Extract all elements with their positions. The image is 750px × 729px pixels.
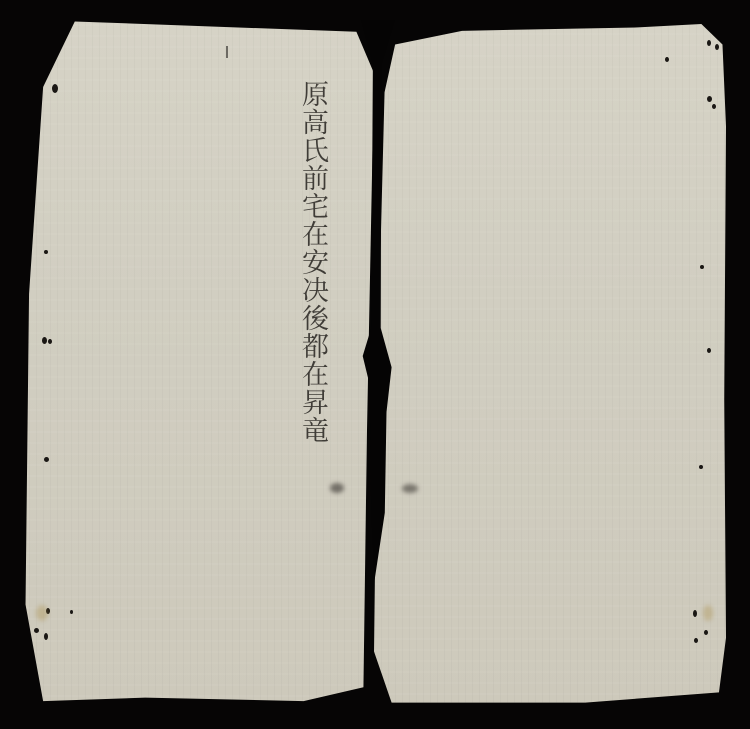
worm-hole xyxy=(665,57,669,62)
worm-hole xyxy=(707,40,711,46)
water-stain xyxy=(703,605,713,621)
worm-hole xyxy=(48,339,52,344)
worm-hole xyxy=(707,96,712,102)
worm-hole xyxy=(70,610,73,614)
worm-hole xyxy=(694,638,698,643)
worm-hole xyxy=(699,465,703,469)
vertical-inscription: 原高氏前宅在安决後都在昇竜 xyxy=(286,80,326,444)
worm-hole xyxy=(44,633,48,640)
worm-hole xyxy=(715,44,719,50)
worm-hole xyxy=(44,250,48,254)
right-page xyxy=(374,24,726,706)
worm-hole xyxy=(44,457,49,462)
ink-smudge xyxy=(330,483,344,493)
water-stain xyxy=(36,605,48,621)
worm-hole xyxy=(700,265,704,269)
worm-hole xyxy=(712,104,716,109)
ink-smudge xyxy=(402,484,418,493)
worm-hole xyxy=(693,610,697,617)
document-photo: 原高氏前宅在安决後都在昇竜 xyxy=(0,0,750,729)
worm-hole xyxy=(42,337,47,344)
worm-hole xyxy=(52,84,58,93)
page-mark xyxy=(226,46,228,58)
worm-hole xyxy=(707,348,711,353)
worm-hole xyxy=(34,628,39,633)
worm-hole xyxy=(704,630,708,635)
